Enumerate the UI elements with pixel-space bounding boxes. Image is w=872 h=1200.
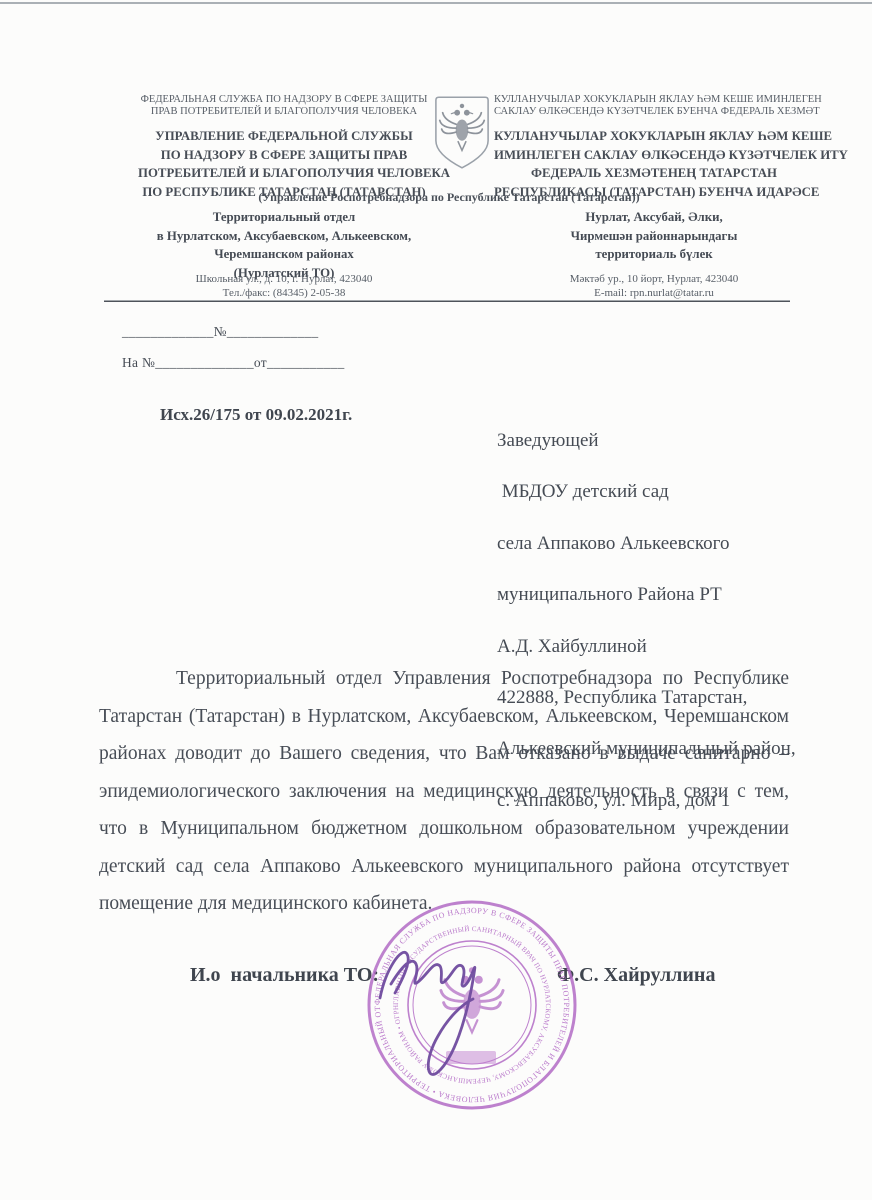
contact-line: Мәктәб ур., 10 йорт, Нурлат, 423040 xyxy=(494,273,814,287)
letterhead: ФЕДЕРАЛЬНАЯ СЛУЖБА ПО НАДЗОРУ В СФЕРЕ ЗА… xyxy=(138,94,814,201)
contact-line: Тел./факс: (84345) 2-05-38 xyxy=(138,287,430,301)
contact-line: Школьная ул., д. 10, г. Нурлат, 423040 xyxy=(138,273,430,287)
addressee-line: села Аппаково Алькеевского xyxy=(497,533,729,554)
department-row: Территориальный отдел в Нурлатском, Аксу… xyxy=(138,208,814,282)
letterhead-divider xyxy=(104,300,790,302)
agency-line: КУЛЛАНУЧЫЛАР ХОКУКЛАРЫН ЯКЛАУ ҺӘМ КЕШЕ И… xyxy=(494,94,814,106)
reply-to-line: На №______________от___________ xyxy=(122,355,345,371)
agency-line: ПРАВ ПОТРЕБИТЕЛЕЙ И БЛАГОПОЛУЧИЯ ЧЕЛОВЕК… xyxy=(138,106,430,118)
dept-line: Территориальный отдел xyxy=(138,208,430,227)
agency-name-russian: ФЕДЕРАЛЬНАЯ СЛУЖБА ПО НАДЗОРУ В СФЕРЕ ЗА… xyxy=(138,94,430,201)
outgoing-ref: Исх.26/175 от 09.02.2021г. xyxy=(160,405,352,425)
contact-tatar: Мәктәб ур., 10 йорт, Нурлат, 423040 E-ma… xyxy=(494,273,814,300)
dept-line: Нурлат, Аксубай, Әлки, xyxy=(494,208,814,227)
office-line: ИМИНЛЕГЕН САКЛАУ ӨЛКӘСЕНДӘ КҮЗӘТЧЕЛЕК ИТ… xyxy=(494,146,814,165)
addressee-line: МБДОУ детский сад xyxy=(497,481,669,502)
office-line: УПРАВЛЕНИЕ ФЕДЕРАЛЬНОЙ СЛУЖБЫ xyxy=(138,127,430,146)
stamp-ogrn-box xyxy=(446,1051,496,1064)
contact-line: E-mail: rpn.nurlat@tatar.ru xyxy=(494,287,814,301)
agency-line: САКЛАУ ӨЛКӘСЕНДӘ КҮЗӘТЧЕЛЕК БУЕНЧА ФЕДЕР… xyxy=(494,106,814,118)
office-line: ПОТРЕБИТЕЛЕЙ И БЛАГОПОЛУЧИЯ ЧЕЛОВЕКА xyxy=(138,164,430,183)
scan-top-edge xyxy=(0,2,872,4)
management-subtitle: (Управление Роспотребнадзора по Республи… xyxy=(0,190,872,205)
coat-of-arms-icon xyxy=(433,94,491,172)
agency-name-tatar: КУЛЛАНУЧЫЛАР ХОКУКЛАРЫН ЯКЛАУ ҺӘМ КЕШЕ И… xyxy=(494,94,814,201)
addressee-line: А.Д. Хайбуллиной xyxy=(497,636,647,657)
addressee-line: муниципального Района РТ xyxy=(497,584,722,605)
office-line: ФЕДЕРАЛЬ ХЕЗМӘТЕНЕҢ ТАТАРСТАН xyxy=(494,164,814,183)
dept-line: Черемшанском районах xyxy=(138,245,430,264)
addressee-line: Заведующей xyxy=(497,430,599,451)
official-stamp: ФЕДЕРАЛЬНАЯ СЛУЖБА ПО НАДЗОРУ В СФЕРЕ ЗА… xyxy=(350,888,600,1118)
agency-line: ФЕДЕРАЛЬНАЯ СЛУЖБА ПО НАДЗОРУ В СФЕРЕ ЗА… xyxy=(138,94,430,106)
contact-row: Школьная ул., д. 10, г. Нурлат, 423040 Т… xyxy=(138,273,814,300)
outgoing-number-line: _____________№_____________ xyxy=(122,324,318,340)
document-page: ФЕДЕРАЛЬНАЯ СЛУЖБА ПО НАДЗОРУ В СФЕРЕ ЗА… xyxy=(0,0,872,1200)
office-line: ПО НАДЗОРУ В СФЕРЕ ЗАЩИТЫ ПРАВ xyxy=(138,146,430,165)
office-line: КУЛЛАНУЧЫЛАР ХОКУКЛАРЫН ЯКЛАУ ҺӘМ КЕШЕ xyxy=(494,127,814,146)
contact-russian: Школьная ул., д. 10, г. Нурлат, 423040 Т… xyxy=(138,273,430,300)
dept-line: Чирмешән районнарындагы xyxy=(494,227,814,246)
letter-body: Территориальный отдел Управления Роспотр… xyxy=(99,660,789,923)
department-tatar: Нурлат, Аксубай, Әлки, Чирмешән районнар… xyxy=(494,208,814,282)
dept-line: территориаль бүлек xyxy=(494,245,814,264)
department-russian: Территориальный отдел в Нурлатском, Аксу… xyxy=(138,208,430,282)
dept-line: в Нурлатском, Аксубаевском, Алькеевском, xyxy=(138,227,430,246)
